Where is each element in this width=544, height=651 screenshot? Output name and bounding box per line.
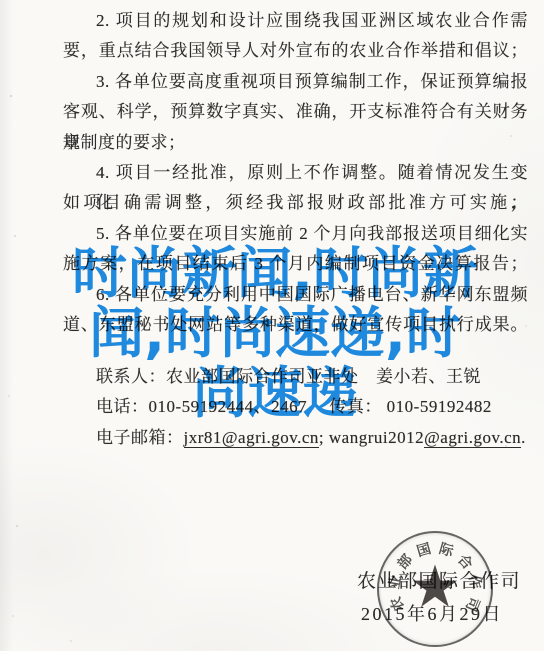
doc-line-item2-1: 2. 项目的规划和设计应围绕我国亚洲区域农业合作需: [63, 6, 528, 36]
watermark-line-2: 闻,时尚速递,时: [47, 303, 503, 363]
doc-line-item3-3: 章制度的要求；: [63, 128, 528, 158]
doc-line-item4-1: 4. 项目一经批准，原则上不作调整。随着情况发生变化，: [63, 158, 528, 188]
watermark-overlay: 时尚新闻,时尚新 闻,时尚速递,时 尚速递: [47, 243, 503, 423]
email-address-2-domain: @agri.gov.cn: [424, 428, 521, 448]
star-icon: ★: [409, 558, 461, 616]
watermark-line-3: 尚速递: [47, 363, 503, 423]
doc-line-item4-2: 如项目确需调整，须经我部报财政部批准方可实施；: [63, 188, 528, 218]
email-period: .: [521, 428, 526, 447]
email-address-1: jxr81@agri.gov.cn: [184, 428, 319, 448]
contact-email-line: 电子邮箱：jxr81@agri.gov.cn; wangrui2012@agri…: [63, 423, 528, 453]
doc-line-item2-2: 要，重点结合我国领导人对外宣布的农业合作举措和倡议；: [63, 36, 528, 66]
email-label: 电子邮箱：: [96, 428, 184, 447]
official-seal: 农 业 部 国 际 合 作 司 ★: [377, 531, 493, 647]
doc-line-item3-1: 3. 各单位要高度重视项目预算编制工作，保证预算编报: [63, 67, 528, 97]
scan-noise-specks: [10, 95, 12, 97]
email-separator: ;: [319, 428, 329, 447]
scanned-document-page: 2. 项目的规划和设计应围绕我国亚洲区域农业合作需 要，重点结合我国领导人对外宣…: [0, 0, 544, 651]
doc-line-item3-2: 客观、科学，预算数字真实、准确，开支标准符合有关财务规: [63, 97, 528, 127]
email-address-2-name: wangrui2012: [329, 428, 424, 447]
watermark-line-1: 时尚新闻,时尚新: [47, 243, 503, 303]
